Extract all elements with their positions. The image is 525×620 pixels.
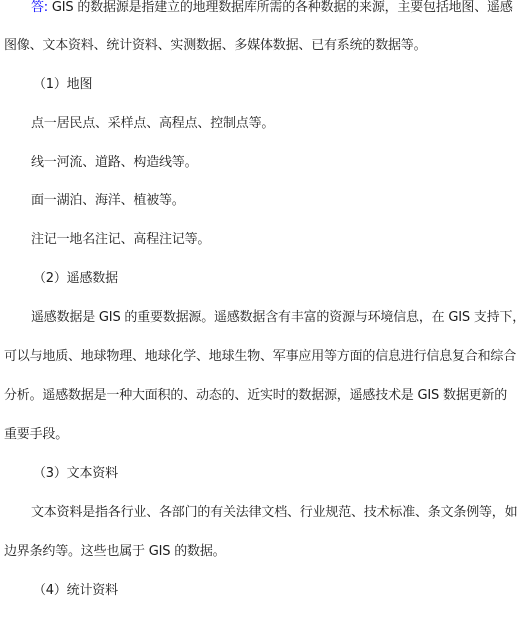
section-heading-text-data: （3）文本资料 <box>33 464 118 484</box>
remote-sensing-para-line-3: 分析。遥感数据是一种大面积的、动态的、近实时的数据源，遥感技术是 GIS 数据更… <box>4 386 507 406</box>
answer-intro-line-1: 答: GIS 的数据源是指建立的地理数据库所需的各种数据的来源，主要包括地图、遥… <box>31 0 513 18</box>
remote-sensing-para-line-1: 遥感数据是 GIS 的重要数据源。遥感数据含有丰富的资源与环境信息，在 GIS … <box>31 308 525 328</box>
section-heading-map: （1）地图 <box>33 75 92 95</box>
map-item-annotation: 注记一地名注记、高程注记等。 <box>31 230 210 250</box>
section-heading-remote-sensing: （2）遥感数据 <box>33 269 118 289</box>
answer-label: 答: <box>31 0 48 15</box>
answer-intro-text: GIS 的数据源是指建立的地理数据库所需的各种数据的来源，主要包括地图、遥感 <box>52 0 513 15</box>
remote-sensing-para-line-2: 可以与地质、地球物理、地球化学、地球生物、军事应用等方面的信息进行信息复合和综合 <box>4 347 516 367</box>
answer-intro-line-2: 图像、文本资料、统计资料、实测数据、多媒体数据、已有系统的数据等。 <box>4 36 426 56</box>
remote-sensing-para-line-4: 重要手段。 <box>4 425 68 445</box>
text-data-para-line-2: 边界条约等。这些也属于 GIS 的数据。 <box>4 542 225 562</box>
map-item-area: 面一湖泊、海洋、植被等。 <box>31 191 185 211</box>
map-item-line: 线一河流、道路、构造线等。 <box>31 153 197 173</box>
section-heading-statistics: （4）统计资料 <box>33 581 118 601</box>
map-item-point: 点一居民点、采样点、高程点、控制点等。 <box>31 114 274 134</box>
text-data-para-line-1: 文本资料是指各行业、各部门的有关法律文档、行业规范、技术标准、条文条例等，如 <box>31 503 517 523</box>
